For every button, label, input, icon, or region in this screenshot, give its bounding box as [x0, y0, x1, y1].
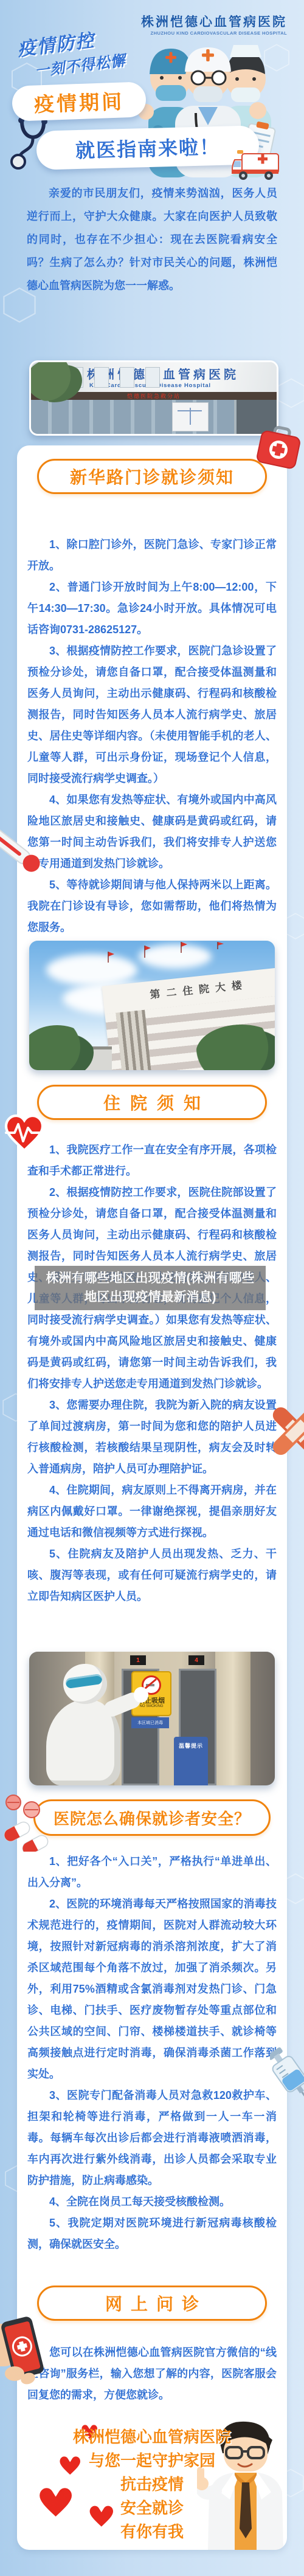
photo-hospital-entrance: 株洲恺德心血管病医院 Kind Cardiovascular Disease H… — [29, 360, 278, 436]
section-title-online: 网上问诊 — [37, 2286, 267, 2321]
inpatient-notice-item: 1、我院医疗工作一直在安全有序开展，各项检查和手术都正常进行。 — [27, 1139, 277, 1182]
inpatient-notice-item: 3、您需要办理住院，我院为新入院的病友设置了单间过渡病房，第一时间为您和您的陪护… — [27, 1395, 277, 1480]
closing-line: 有你有我 — [70, 2520, 234, 2544]
closing-message: 株洲恺德心血管病医院与您一起守护家园抗击疫情安全就诊有你有我 — [70, 2425, 234, 2544]
rooftop-flags — [102, 942, 248, 966]
closing-line: 抗击疫情 — [70, 2473, 234, 2496]
disinfected-strip-sign: 本区域已消毒 — [131, 1717, 169, 1728]
outpatient-notice-item: 2、普通门诊开放时间为上午8:00—12:00，下午14:30—17:30。急诊… — [27, 577, 277, 641]
photo-disinfection: 1 4 禁止吸烟 NO SMOKING 本区域已消毒 温馨提示 — [29, 1652, 275, 1785]
entrance-sign-english: Kind Cardiovascular Disease Hospital — [89, 382, 275, 389]
entrance-poster — [94, 367, 109, 388]
safety-notice-list: 1、把好各个“入口关”，严格执行“单进单出、出入分离”。2、医院的环境消毒每天严… — [27, 1851, 277, 2255]
poster-canvas: 株洲恺德心血管病医院 ZHUZHOU KIND CARDIOVASCULAR D… — [0, 0, 304, 2576]
syringe-icon — [270, 2043, 304, 2104]
pills-icon — [0, 1794, 55, 1852]
phone-consult-icon — [0, 2302, 45, 2387]
ambulance-icon — [231, 149, 282, 182]
safety-notice-item: 4、全院在岗员工每天接受核酸检测。 — [27, 2191, 277, 2213]
hospital-name: 株洲恺德心血管病医院 — [141, 12, 287, 30]
ppe-worker-glove — [134, 1687, 148, 1703]
blue-notice-sign: 温馨提示 — [174, 1737, 208, 1785]
closing-line: 与您一起守护家园 — [70, 2449, 234, 2473]
floor-indicator: 1 — [130, 1655, 146, 1665]
inpatient-notice-item: 4、住院期间，病友原则上不得离开病房，并在病区内佩戴好口罩。一律谢绝探视，提倡亲… — [27, 1480, 277, 1544]
outpatient-notice-item: 1、除口腔门诊外，医院门急诊、专家门诊正常开放。 — [27, 534, 277, 577]
first-aid-kit-icon — [255, 425, 302, 472]
outpatient-notice-item: 3、根据疫情防控工作要求，医院门急诊设置了预检分诊处，请您自备口罩，配合接受体温… — [27, 641, 277, 789]
closing-line: 株洲恺德心血管病医院 — [70, 2425, 234, 2449]
inpatient-notice-item: 5、住院病友及陪护人员出现发热、乏力、干咳、腹泻等表现，或有任何可疑流行病学史的… — [27, 1544, 277, 1607]
watermark-line-1: 株洲有哪些地区出现疫情(株洲有哪些 — [35, 1269, 266, 1288]
photo-inpatient-building: 第二住院大楼 — [29, 941, 275, 1070]
section-title-inpatient: 住院须知 — [37, 1085, 267, 1120]
section-title-safety: 医院怎么确保就诊者安全？ — [33, 1799, 271, 1836]
title-badge-guide: 就医指南来啦！ — [36, 125, 260, 170]
outpatient-notice-list: 1、除口腔门诊外，医院门急诊、专家门诊正常开放。2、普通门诊开放时间为上午8:0… — [27, 534, 277, 938]
marble-column — [215, 1652, 250, 1785]
hexagon-pattern-icon — [275, 377, 304, 410]
watermark-line-2: 地区出现疫情最新消息) — [35, 1288, 266, 1307]
thermometer-icon — [0, 805, 50, 896]
closing-line: 安全就诊 — [70, 2496, 234, 2520]
watermark-overlay: 株洲有哪些地区出现疫情(株洲有哪些 地区出现疫情最新消息) — [35, 1266, 266, 1310]
title-badge-epidemic-period: 疫情期间 — [12, 81, 147, 122]
bandage-cross-icon — [272, 1398, 304, 1465]
section-title-outpatient: 新华路门诊就诊须知 — [37, 459, 267, 494]
entrance-sign-chinese: 株洲恺德心血管病医院 — [87, 365, 275, 382]
outpatient-notice-item: 4、如果您有发热等症状、有境外或国内中高风险地区旅居史和接触史、健康码是黄码或红… — [27, 789, 277, 874]
safety-notice-item: 1、把好各个“入口关”，严格执行“单进单出、出入分离”。 — [27, 1851, 277, 1894]
epidemic-slogan: 疫情防控 一刻不得松懈 — [16, 22, 126, 83]
floor-indicator: 4 — [188, 1655, 204, 1665]
outpatient-notice-item: 5、等待就诊期间请与他人保持两米以上距离。我院在门诊设有导诊，您如需帮助，他们将… — [27, 874, 277, 938]
entrance-poster — [120, 367, 134, 388]
online-consult-paragraph: 您可以在株洲恺德心血管病医院官方微信的“线上咨询”服务栏，输入您想了解的内容，医… — [27, 2342, 277, 2406]
safety-notice-item: 2、医院的环境消毒每天严格按照国家的消毒技术规范进行的，疫情期间，医院对人群流动… — [27, 1894, 277, 2085]
content-card: 新华路门诊就诊须知 1、除口腔门诊外，医院门急诊、专家门诊正常开放。2、普通门诊… — [17, 445, 287, 2550]
intro-paragraph: 亲爱的市民朋友们，疫情来势汹汹，医务人员逆行而上，守护大众健康。大家在向医护人员… — [27, 182, 277, 297]
safety-notice-item: 5、我院定期对医院环境进行新冠病毒核酸检测，确保就医安全。 — [27, 2213, 277, 2255]
inpatient-notice-list: 1、我院医疗工作一直在安全有序开展，各项检查和手术都正常进行。2、根据疫情防控工… — [27, 1139, 277, 1607]
entrance-map-board — [172, 402, 209, 431]
safety-notice-item: 3、医院专门配备消毒人员对急救120救护车、担架和轮椅等进行消毒，严格做到一人一… — [27, 2085, 277, 2191]
entrance-poster — [145, 367, 160, 388]
heart-ecg-icon — [1, 1111, 47, 1155]
